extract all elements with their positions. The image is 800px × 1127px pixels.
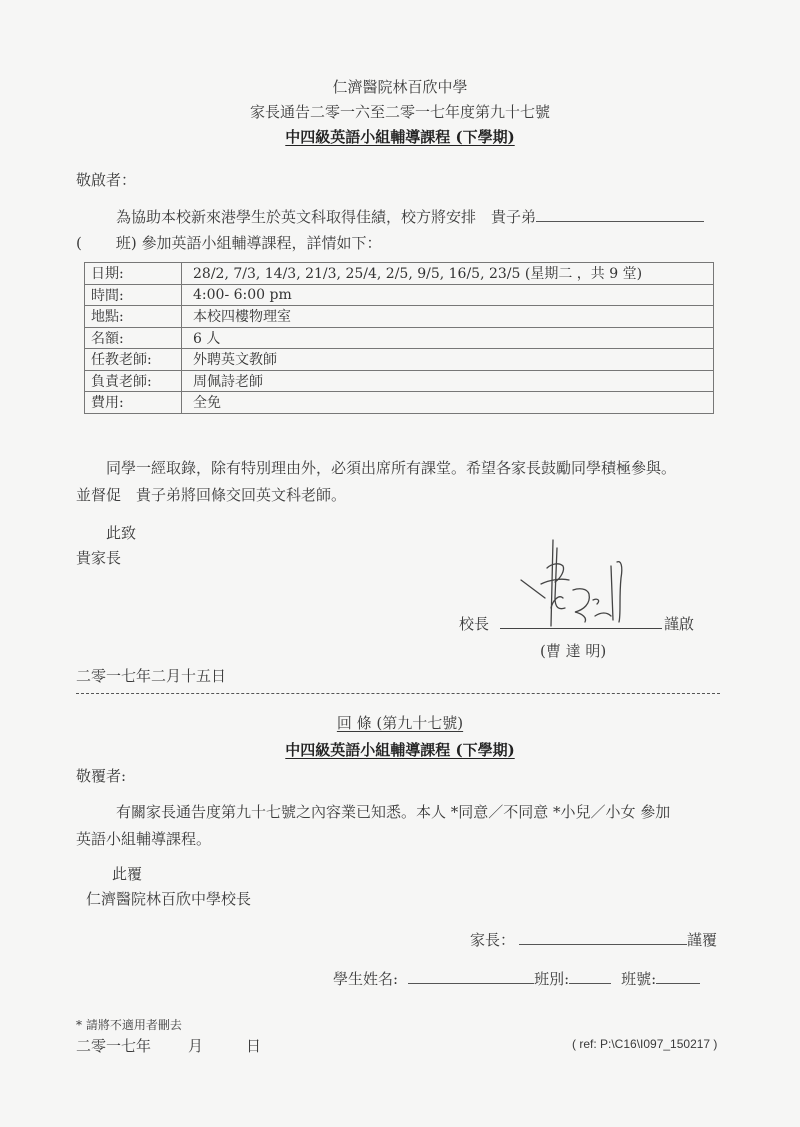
school-name: 仁濟醫院林百欣中學 [0,76,800,97]
table-row: 任教老師:外聘英文教師 [85,349,714,371]
detail-value: 4:00- 6:00 pm [182,284,714,306]
parent-signature-row: 家長：謹覆 [470,929,717,950]
intro-line-1: 為協助本校新來港學生於英文科取得佳績，校方將安排 貴子弟 [116,206,704,227]
detail-label: 時間: [85,284,182,306]
reply-date-year: 二零一七年 [76,1035,151,1056]
reply-date-month: 月 [188,1035,203,1056]
class-label: 班別: [534,970,569,988]
reply-title: 回 條 (第九十七號) [0,712,800,733]
notice-date: 二零一七年二月十五日 [76,665,226,686]
class-open-paren: ( [76,234,82,252]
detail-label: 負責老師: [85,370,182,392]
reference-code: ( ref: P:\C16\I097_150217 ) [572,1037,717,1051]
salutation: 敬啟者： [76,169,136,190]
principal-name: (曹 達 明) [540,640,606,661]
signature-line [500,628,662,629]
table-row: 時間:4:00- 6:00 pm [85,284,714,306]
table-row: 負責老師:周佩詩老師 [85,370,714,392]
table-row: 地點:本校四樓物理室 [85,306,714,328]
body-line-1: 同學一經取錄，除有特別理由外，必須出席所有課堂。希望各家長鼓勵同學積極參與。 [106,457,676,478]
reply-salutation: 敬覆者: [76,765,126,786]
detail-value: 本校四樓物理室 [182,306,714,328]
course-details-table: 日期:28/2, 7/3, 14/3, 21/3, 25/4, 2/5, 9/5… [84,262,714,414]
parent-suffix: 謹覆 [687,931,717,949]
signature-suffix: 謹啟 [664,613,694,634]
detail-label: 費用: [85,392,182,414]
student-name-label: 學生姓名: [333,970,398,988]
closing-2: 貴家長 [76,547,121,568]
detail-value: 28/2, 7/3, 14/3, 21/3, 25/4, 2/5, 9/5, 1… [182,263,714,285]
table-row: 日期:28/2, 7/3, 14/3, 21/3, 25/4, 2/5, 9/5… [85,263,714,285]
intro-text-2: 班) 參加英語小組輔導課程，詳情如下： [116,234,382,252]
body-line-2: 並督促 貴子弟將回條交回英文科老師。 [76,484,346,505]
detail-label: 日期: [85,263,182,285]
reply-subtitle: 中四級英語小組輔導課程 (下學期) [0,739,800,760]
cut-line [76,693,720,694]
class-no-label: 班號: [621,970,656,988]
class-field[interactable] [569,969,611,984]
detail-value: 外聘英文教師 [182,349,714,371]
class-no-field[interactable] [656,969,700,984]
parent-signature-field[interactable] [519,930,687,945]
table-row: 費用:全免 [85,392,714,414]
reply-closing-1: 此覆 [112,863,142,884]
footnote: * 請將不適用者刪去 [76,1016,182,1033]
student-info-row: 學生姓名:班別:班號: [333,968,700,989]
closing-1: 此致 [106,522,136,543]
reply-body-line-2: 英語小組輔導課程。 [76,828,211,849]
reply-closing-2: 仁濟醫院林百欣中學校長 [86,888,251,909]
detail-value: 6 人 [182,327,714,349]
detail-value: 周佩詩老師 [182,370,714,392]
notice-title: 中四級英語小組輔導課程 (下學期) [0,126,800,147]
detail-label: 任教老師: [85,349,182,371]
student-name-field[interactable] [408,969,534,984]
intro-text: 為協助本校新來港學生於英文科取得佳績，校方將安排 貴子弟 [116,208,536,226]
notice-number: 家長通告二零一六至二零一七年度第九十七號 [0,101,800,122]
detail-value: 全免 [182,392,714,414]
student-name-blank[interactable] [536,207,704,222]
signature-icon [515,538,645,628]
reply-body-line-1: 有關家長通告度第九十七號之內容業已知悉。本人 *同意／不同意 *小兒／小女 參加 [116,801,670,822]
signature-prefix: 校長 [459,613,489,634]
intro-line-2: (班) 參加英語小組輔導課程，詳情如下： [76,232,381,253]
reply-date-day: 日 [246,1035,261,1056]
detail-label: 地點: [85,306,182,328]
detail-label: 名額: [85,327,182,349]
parent-label: 家長： [470,931,515,949]
table-row: 名額:6 人 [85,327,714,349]
